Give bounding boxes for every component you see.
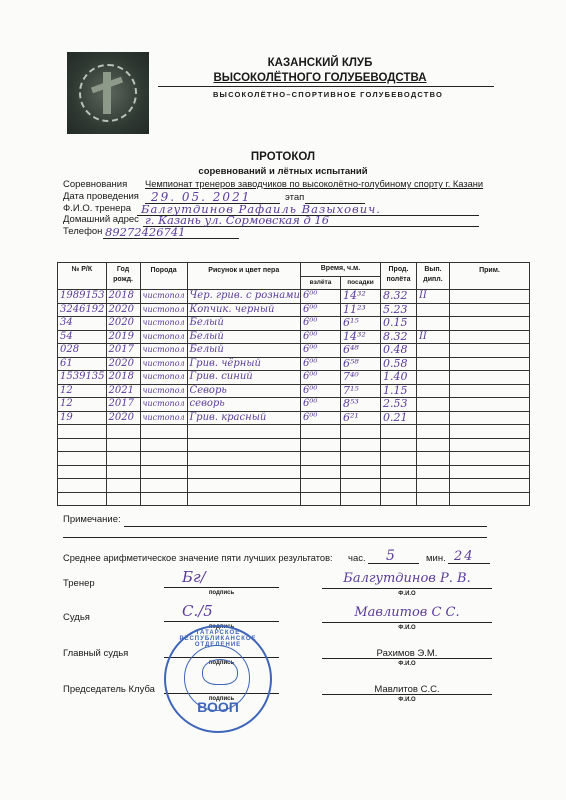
signatory-name: Балгутдинов Р. В. (322, 571, 492, 586)
cell-landing[interactable] (340, 492, 380, 506)
cell-birth-year[interactable] (106, 438, 140, 452)
document-subtitle: соревнований и лётных испытаний (0, 166, 566, 177)
cell-duration[interactable]: 1.40 (380, 371, 416, 385)
cell-takeoff[interactable]: 6⁰⁰ (300, 303, 340, 317)
cell-landing[interactable]: 8⁵³ (340, 398, 380, 412)
cell-breed[interactable]: чистопол (140, 290, 187, 304)
cell-ring-no[interactable]: 1539135 (58, 371, 107, 385)
cell-birth-year[interactable]: 2020 (106, 303, 140, 317)
cell-takeoff[interactable] (300, 452, 340, 466)
signatory-role: Тренер (63, 578, 95, 589)
competition-label: Соревнования (63, 179, 127, 190)
cell-diploma[interactable] (416, 425, 449, 439)
cell-pattern-color[interactable] (187, 425, 300, 439)
note-second-line (63, 537, 487, 538)
header-duration: Прод. полёта (380, 263, 416, 290)
cell-birth-year[interactable]: 2017 (106, 344, 140, 358)
club-emblem-icon (67, 52, 149, 134)
cell-landing[interactable]: 7¹⁵ (340, 384, 380, 398)
header-divider (158, 86, 494, 87)
cell-notes[interactable] (449, 411, 529, 425)
header-diploma: Вып. дипл. (416, 263, 449, 290)
table-row (58, 479, 530, 493)
table-row: 612020чистополГрив. чёрный6⁰⁰6⁵⁸0.58 (58, 357, 530, 371)
table-row: 122021чистополСеворь6⁰⁰7¹⁵1.15 (58, 384, 530, 398)
cell-birth-year[interactable]: 2021 (106, 384, 140, 398)
cell-duration[interactable] (380, 438, 416, 452)
cell-breed[interactable] (140, 492, 187, 506)
cell-duration[interactable]: 0.48 (380, 344, 416, 358)
cell-ring-no[interactable]: 3246192 (58, 303, 107, 317)
cell-duration[interactable]: 8.32 (380, 290, 416, 304)
cell-diploma[interactable] (416, 492, 449, 506)
organization-stamp: ТАТАРСКОЕ РЕСПУБЛИКАНСКОЕ ОТДЕЛЕНИЕ ВООП (164, 625, 272, 733)
cell-notes[interactable] (449, 398, 529, 412)
cell-notes[interactable] (449, 425, 529, 439)
signature: Бг/ (182, 568, 206, 586)
cell-pattern-color[interactable]: Белый (187, 330, 300, 344)
cell-duration[interactable]: 0.58 (380, 357, 416, 371)
minutes-field[interactable]: 24 (448, 551, 490, 564)
cell-notes[interactable] (449, 452, 529, 466)
cell-diploma[interactable] (416, 303, 449, 317)
note-label: Примечание: (63, 514, 121, 525)
cell-takeoff[interactable]: 6⁰⁰ (300, 344, 340, 358)
cell-takeoff[interactable] (300, 438, 340, 452)
cell-diploma[interactable]: II (416, 330, 449, 344)
cell-notes[interactable] (449, 357, 529, 371)
table-row: 0282017чистополБелый6⁰⁰6⁴⁸0.48 (58, 344, 530, 358)
name-caption: Ф.И.О (322, 661, 492, 667)
stamp-center-text: ВООП (166, 699, 270, 715)
signature-line[interactable] (164, 587, 279, 588)
cell-pattern-color[interactable] (187, 492, 300, 506)
cell-ring-no[interactable]: 54 (58, 330, 107, 344)
header-breed: Порода (140, 263, 187, 290)
cell-pattern-color[interactable] (187, 452, 300, 466)
cell-ring-no[interactable] (58, 479, 107, 493)
phone-field[interactable]: 89272426741 (103, 226, 239, 239)
cell-pattern-color[interactable]: Грив. красный (187, 411, 300, 425)
cell-takeoff[interactable]: 6⁰⁰ (300, 317, 340, 331)
hours-label: час. (348, 553, 366, 564)
cell-breed[interactable]: чистопол (140, 411, 187, 425)
document-title: ПРОТОКОЛ (0, 151, 566, 163)
signature-caption: подпись (164, 590, 279, 596)
cell-notes[interactable] (449, 344, 529, 358)
cell-duration[interactable]: 2.53 (380, 398, 416, 412)
table-row: 122017чистополсеворь6⁰⁰8⁵³2.53 (58, 398, 530, 412)
cell-notes[interactable] (449, 371, 529, 385)
cell-landing[interactable]: 14³² (340, 330, 380, 344)
cell-takeoff[interactable]: 6⁰⁰ (300, 384, 340, 398)
cell-notes[interactable] (449, 330, 529, 344)
cell-breed[interactable] (140, 438, 187, 452)
cell-takeoff[interactable]: 6⁰⁰ (300, 330, 340, 344)
minutes-value: 24 (454, 549, 475, 564)
header-pattern-color: Рисунок и цвет пера (187, 263, 300, 290)
name-line[interactable] (322, 622, 492, 623)
dove-icon (202, 659, 238, 685)
table-row (58, 425, 530, 439)
cell-ring-no[interactable] (58, 465, 107, 479)
cell-pattern-color[interactable]: Севорь (187, 384, 300, 398)
cell-takeoff[interactable] (300, 465, 340, 479)
cell-pattern-color[interactable] (187, 438, 300, 452)
cell-notes[interactable] (449, 465, 529, 479)
cell-landing[interactable]: 6²¹ (340, 411, 380, 425)
cell-birth-year[interactable]: 2019 (106, 330, 140, 344)
cell-birth-year[interactable] (106, 492, 140, 506)
cell-pattern-color[interactable]: Грив. чёрный (187, 357, 300, 371)
signatory-role: Судья (63, 612, 90, 623)
cell-diploma[interactable] (416, 317, 449, 331)
cell-takeoff[interactable] (300, 479, 340, 493)
cell-diploma[interactable] (416, 465, 449, 479)
cell-takeoff[interactable] (300, 425, 340, 439)
cell-pattern-color[interactable] (187, 465, 300, 479)
cell-takeoff[interactable]: 6⁰⁰ (300, 371, 340, 385)
hours-value: 5 (386, 548, 395, 564)
cell-breed[interactable]: чистопол (140, 371, 187, 385)
table-row: 342020чистополБелый6⁰⁰6¹⁵0.15 (58, 317, 530, 331)
cell-diploma[interactable] (416, 384, 449, 398)
phone-label: Телефон (63, 226, 102, 237)
cell-pattern-color[interactable]: Чер. грив. с рознами (187, 290, 300, 304)
cell-landing[interactable] (340, 425, 380, 439)
phone-value: 89272426741 (105, 225, 185, 239)
minutes-label: мин. (426, 553, 446, 564)
cell-ring-no[interactable]: 19 (58, 411, 107, 425)
signature: С./5 (182, 602, 213, 620)
cell-breed[interactable] (140, 479, 187, 493)
table-row (58, 438, 530, 452)
cell-duration[interactable]: 0.21 (380, 411, 416, 425)
cell-pattern-color[interactable]: Белый (187, 344, 300, 358)
cell-notes[interactable] (449, 290, 529, 304)
cell-duration[interactable] (380, 479, 416, 493)
cell-breed[interactable] (140, 425, 187, 439)
cell-takeoff[interactable]: 6⁰⁰ (300, 398, 340, 412)
cell-ring-no[interactable]: 028 (58, 344, 107, 358)
signatory-role: Председатель Клуба (63, 684, 155, 695)
cell-notes[interactable] (449, 492, 529, 506)
table-row: 542019чистополБелый6⁰⁰14³²8.32II (58, 330, 530, 344)
cell-notes[interactable] (449, 479, 529, 493)
cell-landing[interactable]: 6⁵⁸ (340, 357, 380, 371)
cell-ring-no[interactable]: 34 (58, 317, 107, 331)
trainer-label: Ф.И.О. тренера (63, 203, 131, 214)
cell-ring-no[interactable] (58, 452, 107, 466)
cell-birth-year[interactable] (106, 452, 140, 466)
cell-notes[interactable] (449, 438, 529, 452)
date-label: Дата проведения (63, 191, 139, 202)
cell-diploma[interactable]: II (416, 290, 449, 304)
table-row (58, 452, 530, 466)
cell-breed[interactable]: чистопол (140, 330, 187, 344)
cell-landing[interactable] (340, 479, 380, 493)
cell-ring-no[interactable]: 12 (58, 384, 107, 398)
header-time-group: Время, ч.м. (300, 263, 380, 277)
cell-diploma[interactable] (416, 398, 449, 412)
cell-notes[interactable] (449, 303, 529, 317)
cell-ring-no[interactable] (58, 425, 107, 439)
cell-duration[interactable] (380, 452, 416, 466)
name-line[interactable] (322, 694, 492, 695)
average-label: Среднее арифметическое значение пяти луч… (63, 553, 333, 563)
club-name-line2: ВЫСОКОЛЁТНОГО ГОЛУБЕВОДСТВА (160, 72, 480, 84)
cell-landing[interactable] (340, 465, 380, 479)
hours-field[interactable]: 5 (368, 551, 419, 564)
cell-landing[interactable]: 7⁴⁰ (340, 371, 380, 385)
cell-birth-year[interactable]: 2020 (106, 317, 140, 331)
table-row: 32461922020чистополКопчик. черный6⁰⁰11²³… (58, 303, 530, 317)
table-row: 15391352018чистополГрив. синий6⁰⁰7⁴⁰1.40 (58, 371, 530, 385)
cell-takeoff[interactable]: 6⁰⁰ (300, 411, 340, 425)
cell-notes[interactable] (449, 384, 529, 398)
cell-breed[interactable]: чистопол (140, 384, 187, 398)
cell-birth-year[interactable]: 2018 (106, 371, 140, 385)
cell-takeoff[interactable] (300, 492, 340, 506)
cell-diploma[interactable] (416, 371, 449, 385)
address-label: Домашний адрес (63, 214, 139, 225)
name-caption: Ф.И.О (322, 697, 492, 703)
competition-value: Чемпионат тренеров заводчиков по высокол… (145, 179, 483, 189)
cell-breed[interactable]: чистопол (140, 317, 187, 331)
cell-pattern-color[interactable]: Белый (187, 317, 300, 331)
signature-line[interactable] (164, 621, 279, 622)
note-field[interactable] (124, 514, 487, 527)
cell-birth-year[interactable] (106, 479, 140, 493)
header-takeoff: взлёта (300, 276, 340, 290)
cell-takeoff[interactable]: 6⁰⁰ (300, 290, 340, 304)
cell-ring-no[interactable]: 61 (58, 357, 107, 371)
signatory-role: Главный судья (63, 648, 128, 659)
cell-birth-year[interactable]: 2017 (106, 398, 140, 412)
cell-birth-year[interactable]: 2020 (106, 411, 140, 425)
cell-breed[interactable] (140, 452, 187, 466)
cell-diploma[interactable] (416, 411, 449, 425)
cell-landing[interactable] (340, 452, 380, 466)
name-line[interactable] (322, 658, 492, 659)
cell-birth-year[interactable]: 2020 (106, 357, 140, 371)
cell-birth-year[interactable] (106, 465, 140, 479)
cell-pattern-color[interactable] (187, 479, 300, 493)
cell-birth-year[interactable]: 2018 (106, 290, 140, 304)
cell-ring-no[interactable] (58, 438, 107, 452)
flight-results-table: № Р/К Год рожд. Порода Рисунок и цвет пе… (57, 262, 530, 506)
header-birth-year: Год рожд. (106, 263, 140, 290)
table-row (58, 492, 530, 506)
cell-breed[interactable]: чистопол (140, 344, 187, 358)
cell-pattern-color[interactable]: севорь (187, 398, 300, 412)
cell-diploma[interactable] (416, 344, 449, 358)
cell-diploma[interactable] (416, 438, 449, 452)
cell-diploma[interactable] (416, 357, 449, 371)
name-caption: Ф.И.О (322, 591, 492, 597)
cell-landing[interactable]: 6¹⁵ (340, 317, 380, 331)
table-row (58, 465, 530, 479)
cell-duration[interactable]: 1.15 (380, 384, 416, 398)
cell-landing[interactable]: 14³² (340, 290, 380, 304)
cell-pattern-color[interactable]: Копчик. черный (187, 303, 300, 317)
header-notes: Прим. (449, 263, 529, 290)
cell-takeoff[interactable]: 6⁰⁰ (300, 357, 340, 371)
cell-diploma[interactable] (416, 479, 449, 493)
cell-breed[interactable]: чистопол (140, 398, 187, 412)
cell-duration[interactable] (380, 425, 416, 439)
cell-duration[interactable]: 5.23 (380, 303, 416, 317)
header-ring-no: № Р/К (58, 263, 107, 290)
table-row: 19891532018чистополЧер. грив. с рознами6… (58, 290, 530, 304)
cell-duration[interactable] (380, 465, 416, 479)
cell-ring-no[interactable]: 1989153 (58, 290, 107, 304)
cell-pattern-color[interactable]: Грив. синий (187, 371, 300, 385)
cell-duration[interactable] (380, 492, 416, 506)
cell-landing[interactable]: 6⁴⁸ (340, 344, 380, 358)
cell-landing[interactable]: 11²³ (340, 303, 380, 317)
cell-diploma[interactable] (416, 452, 449, 466)
cell-duration[interactable]: 8.32 (380, 330, 416, 344)
cell-ring-no[interactable] (58, 492, 107, 506)
cell-duration[interactable]: 0.15 (380, 317, 416, 331)
table-row: 192020чистополГрив. красный6⁰⁰6²¹0.21 (58, 411, 530, 425)
club-subtitle: ВЫСОКОЛЁТНО–СПОРТИВНОЕ ГОЛУБЕВОДСТВО (160, 90, 496, 99)
cell-birth-year[interactable] (106, 425, 140, 439)
cell-breed[interactable]: чистопол (140, 303, 187, 317)
cell-breed[interactable] (140, 465, 187, 479)
cell-breed[interactable]: чистопол (140, 357, 187, 371)
cell-ring-no[interactable]: 12 (58, 398, 107, 412)
signatory-name: Мавлитов С С. (322, 605, 492, 620)
club-name-line1: КАЗАНСКИЙ КЛУБ (160, 57, 480, 69)
header-landing: посадки (340, 276, 380, 290)
name-caption: Ф.И.О (322, 625, 492, 631)
cell-notes[interactable] (449, 317, 529, 331)
name-line[interactable] (322, 588, 492, 589)
cell-landing[interactable] (340, 438, 380, 452)
